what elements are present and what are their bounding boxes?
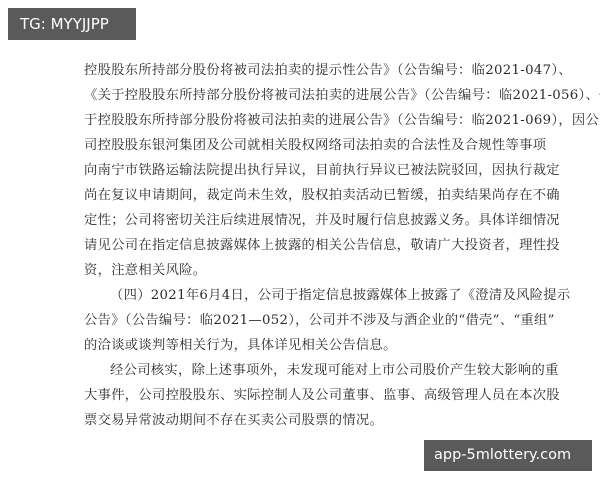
text-line: 的洽谈或谈判等相关行为，具体详见相关公告信息。	[84, 333, 524, 358]
text-line: 大事件，公司控股股东、实际控制人及公司董事、监事、高级管理人员在本次股	[84, 383, 524, 408]
text-line: 向南宁市铁路运输法院提出执行异议，目前执行异议已被法院驳回，因执行裁定	[84, 158, 524, 183]
text-line: 司控股股东银河集团及公司就相关股权网络司法拍卖的合法性及合规性等事项	[84, 133, 524, 158]
text-line: 定性；公司将密切关注后续进展情况，并及时履行信息披露义务。具体详细情况	[84, 208, 524, 233]
text-line: 资，注意相关风险。	[84, 258, 524, 283]
text-line: 控股股东所持部分股份将被司法拍卖的提示性公告》（公告编号：临2021-047）、	[84, 58, 524, 83]
text-line: 票交易异常波动期间不存在买卖公司股票的情况。	[84, 408, 524, 433]
text-line: 请见公司在指定信息披露媒体上披露的相关公告信息，敬请广大投资者，理性投	[84, 233, 524, 258]
paragraph-verification-statement: 经公司核实，除上述事项外，未发现可能对上市公司股价产生较大影响的重 大事件，公司…	[84, 358, 524, 433]
text-line: （四）2021年6月4日，公司于指定信息披露媒体上披露了《澄清及风险提示	[84, 283, 524, 308]
text-line: 《关于控股股东所持部分股份将被司法拍卖的进展公告》（公告编号：临2021-056…	[84, 83, 524, 108]
paragraph-clarification-notice: （四）2021年6月4日，公司于指定信息披露媒体上披露了《澄清及风险提示 公告》…	[84, 283, 524, 358]
paragraph-auction-status: 控股股东所持部分股份将被司法拍卖的提示性公告》（公告编号：临2021-047）、…	[84, 58, 524, 283]
text-line: 尚在复议申请期间，裁定尚未生效，股权拍卖活动已暂缓，拍卖结果尚存在不确	[84, 183, 524, 208]
text-line: 经公司核实，除上述事项外，未发现可能对上市公司股价产生较大影响的重	[84, 358, 524, 383]
text-line: 于控股股东所持部分股份将被司法拍卖的进展公告》（公告编号：临2021-069），…	[84, 108, 524, 133]
watermark-top-label: TG: MYYJJPP	[8, 8, 136, 40]
document-body: 控股股东所持部分股份将被司法拍卖的提示性公告》（公告编号：临2021-047）、…	[84, 58, 524, 433]
watermark-bottom-label: app-5mlottery.com	[424, 440, 592, 471]
text-line: 公告》（公告编号：临2021—052），公司并不涉及与酒企业的“借壳”、“重组”	[84, 308, 524, 333]
